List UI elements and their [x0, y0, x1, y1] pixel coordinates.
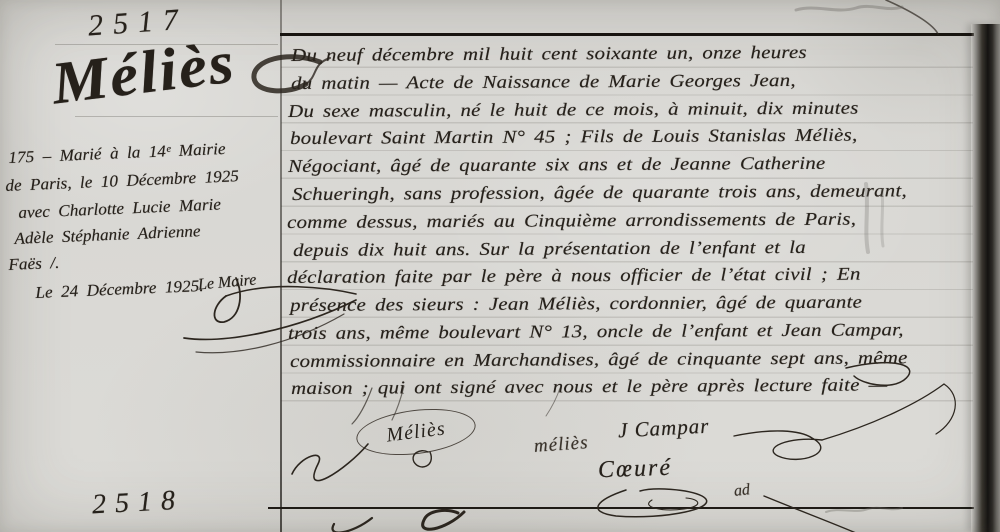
- act-line-12: commissionnaire en Marchandises, âgé de …: [290, 347, 908, 372]
- act-line-9: déclaration faite par le père à nous off…: [287, 264, 861, 288]
- act-line-4: boulevart Saint Martin N° 45 ; Fils de L…: [290, 125, 858, 149]
- act-line-6: Schueringh, sans profession, âgée de qua…: [292, 180, 907, 205]
- binding-gutter: [971, 24, 1000, 532]
- act-line-11: trois ans, même boulevart N° 13, oncle d…: [288, 319, 904, 344]
- surname-header: Méliès: [48, 28, 239, 119]
- column-divider-line: [280, 0, 282, 532]
- act-line-8: depuis dix huit ans. Sur la présentation…: [293, 237, 806, 261]
- act-top-rule: [280, 33, 974, 36]
- signature-melies-text: Méliès: [385, 417, 447, 447]
- signature-coeure: Cœuré: [598, 455, 673, 485]
- register-page-scan: 2517 Méliès 175 – Marié à la 14ᵉ Mairie …: [0, 0, 1000, 532]
- margin-note-line-2: de Paris, le 10 Décembre 1925: [5, 166, 239, 196]
- margin-note-line-5: Faës /.: [8, 253, 60, 275]
- signature-campar: J Campar: [617, 414, 710, 444]
- signature-melies-uncle: méliès: [533, 432, 589, 458]
- act-line-7: comme dessus, mariés au Cinquième arrond…: [287, 209, 856, 233]
- act-line-13: maison ; qui ont signé avec nous et le p…: [291, 374, 887, 399]
- act-line-5: Négociant, âgé de quarante six ans et de…: [288, 153, 826, 177]
- signature-paraph-ad: ad: [733, 481, 751, 501]
- next-act-number: 2518: [91, 485, 185, 522]
- margin-note-date: Le 24 Décembre 1925.: [35, 276, 204, 303]
- act-bottom-rule: [268, 507, 974, 509]
- margin-guideline: [75, 116, 278, 117]
- act-line-1: Du neuf décembre mil huit cent soixante …: [291, 42, 807, 66]
- act-line-10: présence des sieurs : Jean Méliès, cordo…: [290, 292, 862, 316]
- margin-note-line-3: avec Charlotte Lucie Marie: [18, 195, 221, 223]
- act-line-2: du matin — Acte de Naissance de Marie Ge…: [291, 70, 796, 94]
- margin-note-signoff: Le Maire: [197, 271, 257, 294]
- margin-note-line-4: Adèle Stéphanie Adrienne: [14, 221, 201, 249]
- margin-note-line-1: 175 – Marié à la 14ᵉ Mairie: [8, 139, 226, 168]
- act-line-3: Du sexe masculin, né le huit de ce mois,…: [288, 98, 859, 122]
